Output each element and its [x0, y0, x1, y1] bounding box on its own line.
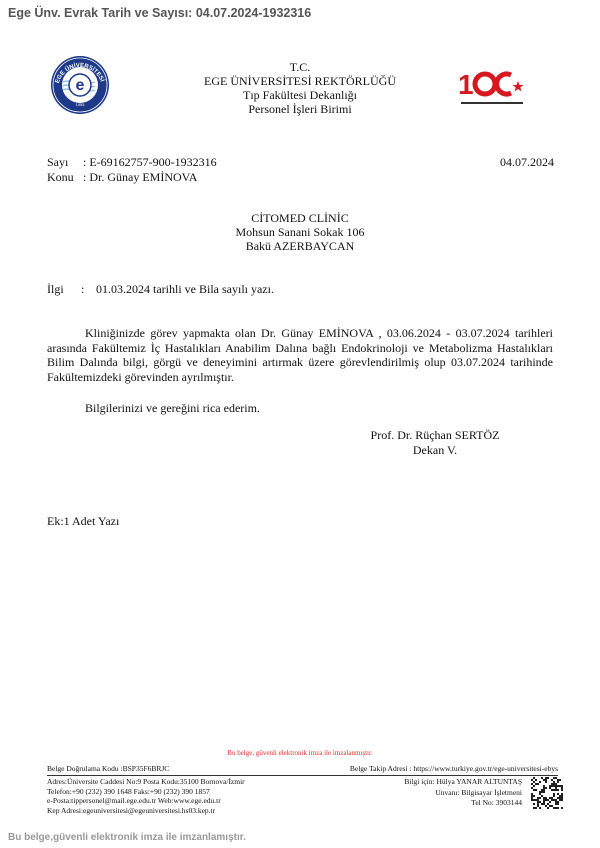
footer-verification-row: Belge Doğrulama Kodu :BSP35F6BRJC Belge … [47, 764, 558, 776]
info-phone: Tel No: 3903144 [404, 798, 522, 809]
sayi-value: : E-69162757-900-1932316 [83, 155, 217, 170]
info-title: Unvanı: Bilgisayar İşletmeni [404, 788, 522, 799]
qr-code-icon [531, 777, 563, 809]
signature-block: Prof. Dr. Rüçhan SERTÖZ Dekan V. [360, 428, 510, 458]
sayi-label: Sayı [47, 155, 83, 170]
header-tc: T.C. [150, 60, 450, 74]
footer-email[interactable]: e-Posta:tippersonel@mail.ege.edu.tr Web:… [47, 796, 245, 806]
footer-address: Adres:Üniversite Caddesi No:9 Posta Kodu… [47, 777, 245, 787]
ilgi-label: İlgi [47, 282, 81, 297]
svg-text:1: 1 [458, 69, 473, 100]
header-university: EGE ÜNİVERSİTESİ REKTÖRLÜĞÜ [150, 74, 450, 88]
footer-phone: Telefon:+90 (232) 390 1648 Faks:+90 (232… [47, 787, 245, 797]
reference-line: İlgi : 01.03.2024 tarihli ve Bila sayılı… [47, 282, 274, 297]
ilgi-colon: : [81, 282, 96, 297]
body-paragraph: Kliniğinizde görev yapmakta olan Dr. Gün… [47, 326, 553, 384]
institution-header: T.C. EGE ÜNİVERSİTESİ REKTÖRLÜĞÜ Tıp Fak… [150, 60, 450, 116]
konu-label: Konu [47, 170, 83, 185]
header-unit: Personel İşleri Birimi [150, 102, 450, 116]
svg-text:e: e [76, 77, 85, 94]
svg-text:1955: 1955 [76, 102, 86, 107]
letter-body: Kliniğinizde görev yapmakta olan Dr. Gün… [47, 326, 553, 384]
footer-kep: Kep Adresi:egeuniversitesi@egeuniversite… [47, 806, 245, 816]
signer-name: Prof. Dr. Rüçhan SERTÖZ [360, 428, 510, 443]
tracking-address-link[interactable]: Belge Takip Adresi : https://www.turkiye… [350, 764, 558, 773]
document-date: 04.07.2024 [500, 155, 554, 170]
bottom-esignature-stamp: Bu belge,güvenli elektronik imza ile imz… [8, 832, 246, 843]
ilgi-value: 01.03.2024 tarihli ve Bila sayılı yazı. [96, 282, 274, 297]
closing-line: Bilgilerinizi ve gereğini rica ederim. [85, 401, 260, 416]
recipient-city: Bakü AZERBAYCAN [150, 239, 450, 253]
recipient-street: Mohsun Sanani Sokak 106 [150, 225, 450, 239]
footer-info: Bilgi için: Hülya YANAR ALTUNTAŞ Unvanı:… [404, 777, 522, 809]
attachment-note: Ek:1 Adet Yazı [47, 514, 119, 529]
recipient-address: CİTOMED CLİNİC Mohsun Sanani Sokak 106 B… [150, 211, 450, 253]
turkiye-100-yil-logo-icon: 1 [458, 66, 528, 108]
konu-value: : Dr. Günay EMİNOVA [83, 170, 197, 185]
header-faculty: Tıp Fakültesi Dekanlığı [150, 88, 450, 102]
signer-title: Dekan V. [360, 443, 510, 458]
recipient-name: CİTOMED CLİNİC [150, 211, 450, 225]
info-contact: Bilgi için: Hülya YANAR ALTUNTAŞ [404, 777, 522, 788]
document-meta: Sayı : E-69162757-900-1932316 Konu : Dr.… [47, 155, 217, 185]
verification-code: Belge Doğrulama Kodu :BSP35F6BRJC [47, 764, 169, 773]
document-registry-stamp: Ege Ünv. Evrak Tarih ve Sayısı: 04.07.20… [8, 6, 311, 20]
footer-contact: Adres:Üniversite Caddesi No:9 Posta Kodu… [47, 777, 245, 815]
esignature-notice: Bu belge, güvenli elektronik imza ile im… [0, 749, 600, 757]
ege-universitesi-logo-icon: e 1955 EGE ÜNİVERSİTESİ [50, 55, 110, 115]
